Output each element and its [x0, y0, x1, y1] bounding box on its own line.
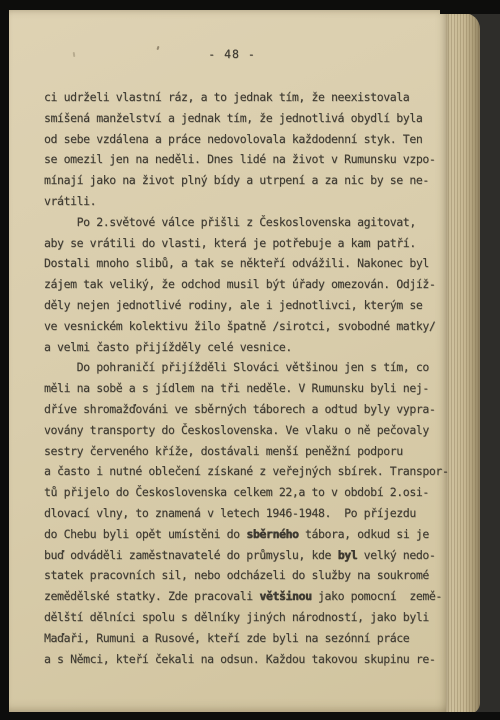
text-run: aby se vrátili do vlasti, která je potře… [44, 236, 416, 250]
text-run: dělští dělníci spolu s dělníky jiných ná… [44, 610, 429, 624]
text-line: Maďaři, Rumuni a Rusové, kteří zde byli … [44, 628, 454, 649]
text-run: tábora, odkud si je [298, 527, 428, 541]
scanned-book-page: - 48 - ci udrželi vlastní ráz, a to jedn… [0, 0, 500, 720]
text-line: mínají jako na život plný bídy a utrpení… [44, 170, 454, 191]
text-run: Dostali mnoho slibů, a tak se někteří od… [44, 256, 429, 270]
text-run: velký nedo- [357, 548, 435, 562]
text-run: od sebe vzdálena a práce nedovolovala ka… [44, 132, 422, 146]
text-line: dlovací vlny, to znamená v letech 1946-1… [44, 503, 454, 524]
text-run: a často i nutné oblečení získané z veřej… [44, 464, 448, 478]
text-run: do Chebu byli opět umístěni do [44, 527, 246, 541]
text-run: zemědělské statky. Zde pracovali [44, 589, 259, 603]
text-run: ve vesnickém kolektivu žilo špatně /siro… [44, 319, 435, 333]
text-line: smíšená manželství a jednak tím, že jedn… [44, 108, 454, 129]
scan-frame-left [0, 0, 9, 720]
text-line: aby se vrátili do vlasti, která je potře… [44, 233, 454, 254]
text-run: a velmi často přijížděly celé vesnice. [44, 340, 292, 354]
text-run: Po 2.světové válce přišli z Českoslovens… [44, 215, 416, 229]
scan-frame-bottom [0, 712, 500, 720]
text-line: Po 2.světové válce přišli z Českoslovens… [44, 212, 454, 233]
text-run: vrátili. [44, 194, 96, 208]
text-line: statek pracovních sil, nebo odcházeli do… [44, 565, 454, 586]
text-line: dělští dělníci spolu s dělníky jiných ná… [44, 607, 454, 628]
text-lines: ci udrželi vlastní ráz, a to jednak tím,… [44, 87, 454, 669]
text-line: od sebe vzdálena a práce nedovolovala ka… [44, 129, 454, 150]
text-line: ve vesnickém kolektivu žilo špatně /siro… [44, 316, 454, 337]
text-run: děly nejen jednotlivé rodiny, ale i jedn… [44, 298, 422, 312]
text-line: vovány transporty do Československa. Ve … [44, 420, 454, 441]
text-run: dříve shromažďováni ve sběrných táborech… [44, 402, 435, 416]
text-line: sestry červeného kříže, dostávali menší … [44, 441, 454, 462]
page-number: - 48 - [44, 47, 420, 61]
text-line: zájem tak veliký, že odchod musil být úř… [44, 274, 454, 295]
text-run: dlovací vlny, to znamená v letech 1946-1… [44, 506, 416, 520]
text-run: sestry červeného kříže, dostávali menší … [44, 444, 403, 458]
text-run: se omezil jen na neděli. Dnes lidé na ži… [44, 152, 435, 166]
text-run: statek pracovních sil, nebo odcházeli do… [44, 568, 429, 582]
overstruck-word: byl [338, 548, 358, 562]
text-run: jako pomocní země- [311, 589, 441, 603]
text-line: ci udrželi vlastní ráz, a to jednak tím,… [44, 87, 454, 108]
text-run: ci udrželi vlastní ráz, a to jednak tím,… [44, 90, 409, 104]
scan-frame-top [0, 0, 500, 10]
text-run: smíšená manželství a jednak tím, že jedn… [44, 111, 422, 125]
text-line: děly nejen jednotlivé rodiny, ale i jedn… [44, 295, 454, 316]
text-run: mínají jako na život plný bídy a utrpení… [44, 173, 429, 187]
text-run: měli na sobě a s jídlem na tři neděle. V… [44, 381, 429, 395]
text-line: tů přijelo do Československa celkem 22,a… [44, 482, 454, 503]
text-line: zemědělské statky. Zde pracovali většino… [44, 586, 454, 607]
text-run: buď odváděli zaměstnavatelé do průmyslu,… [44, 548, 338, 562]
text-line: a s Němci, kteří čekali na odsun. Každou… [44, 649, 454, 670]
text-line: buď odváděli zaměstnavatelé do průmyslu,… [44, 545, 454, 566]
text-run: Do pohraničí přijížděli Slováci většinou… [44, 360, 429, 374]
body-text: ci udrželi vlastní ráz, a to jednak tím,… [44, 87, 454, 669]
text-run: vovány transporty do Československa. Ve … [44, 423, 429, 437]
text-line: se omezil jen na neděli. Dnes lidé na ži… [44, 149, 454, 170]
text-line: do Chebu byli opět umístěni do sběrného … [44, 524, 454, 545]
text-line: dříve shromažďováni ve sběrných táborech… [44, 399, 454, 420]
overstruck-word: sběrného [246, 527, 298, 541]
text-run: Maďaři, Rumuni a Rusové, kteří zde byli … [44, 631, 409, 645]
text-line: Do pohraničí přijížděli Slováci většinou… [44, 357, 454, 378]
text-run: zájem tak veliký, že odchod musil být úř… [44, 277, 435, 291]
text-line: a často i nutné oblečení získané z veřej… [44, 461, 454, 482]
text-line: a velmi často přijížděly celé vesnice. [44, 337, 454, 358]
text-run: tů přijelo do Československa celkem 22,a… [44, 485, 429, 499]
text-line: Dostali mnoho slibů, a tak se někteří od… [44, 253, 454, 274]
text-run: a s Němci, kteří čekali na odsun. Každou… [44, 652, 435, 666]
text-line: vrátili. [44, 191, 454, 212]
text-line: měli na sobě a s jídlem na tři neděle. V… [44, 378, 454, 399]
overstruck-word: většinou [259, 589, 311, 603]
